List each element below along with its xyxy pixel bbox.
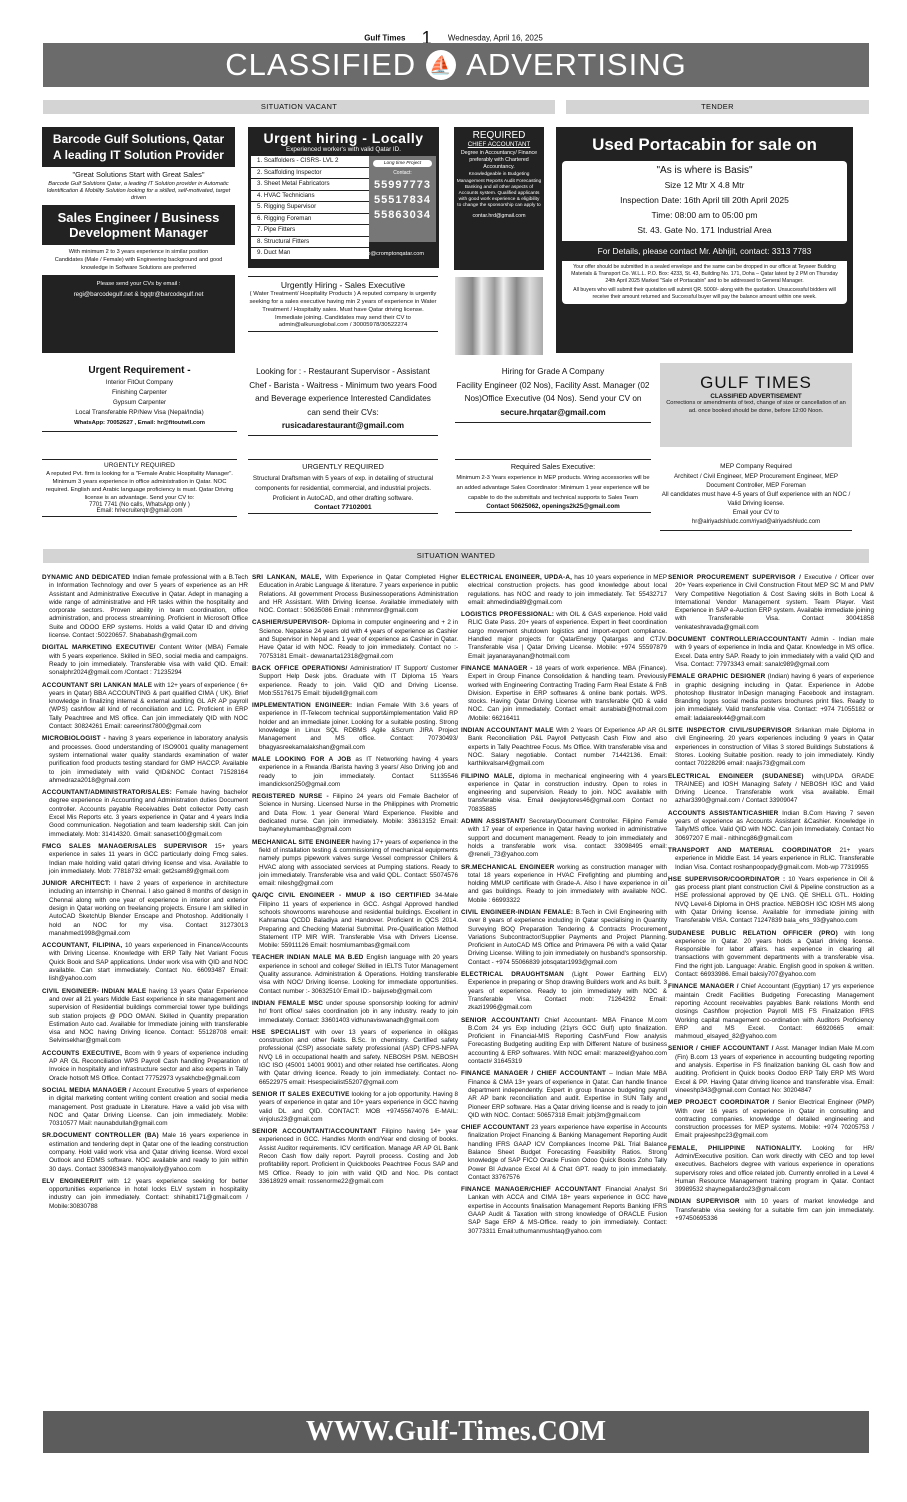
listing-heading: CHIEF ACCOUNTANT [461, 1124, 529, 1131]
listing-text: (Indian) having 6 years of experience in… [675, 673, 874, 721]
listing-heading: ADMIN ASSISTANT/ [461, 818, 525, 825]
classified-listing: ACCOUNTS ASSISTANT/CASHIER Indian B.Com … [668, 810, 874, 843]
ad-body: Minimum 2-3 Years experience in MEP prod… [455, 473, 651, 503]
ad-title: Hiring for Grade A Company [455, 365, 651, 379]
phone-number[interactable]: 55997773 [369, 179, 436, 191]
paper-name: Gulf Times [364, 34, 405, 43]
listing-heading: ELECTRICAL DRAUGHTSMAN [461, 971, 564, 978]
role-item: 4. HVAC Technicians [251, 191, 369, 203]
listing-text: 18 years of work experience. MBA (Financ… [468, 665, 667, 722]
classified-listing: FEMALE, PHILIPPINE NATIONALITY. Looking … [668, 1145, 874, 1195]
ad-cta: Email your CV to [660, 508, 852, 517]
listing-heading: CIVIL ENGINEER-INDIAN FEMALE: [461, 909, 573, 916]
section-situation-vacant: SITUATION VACANT [43, 100, 555, 114]
listing-heading: DOCUMENT CONTROLLER/ACCOUNTANT/ [668, 636, 807, 643]
listing-heading: FINANCE MANAGER - [461, 665, 533, 672]
ad-email[interactable]: secure.hrqatar@gmail.com [455, 406, 651, 420]
listing-heading: MICROBIOLOGIST - [42, 735, 106, 742]
listing-heading: SENIOR PROCUREMENT SUPERVISOR / [668, 574, 801, 581]
listing-heading: INDIAN FEMALE MSC [252, 1000, 323, 1007]
listing-text: having 3 years experience in laboratory … [49, 735, 248, 783]
ad-contact[interactable]: Contact 77102001 [248, 504, 438, 511]
ad-contact[interactable]: admin@alkurusglobal.com / 30005978/30522… [248, 322, 438, 328]
listing-heading: MALE LOOKING FOR A JOB [252, 756, 351, 763]
ad-size: Size 12 Mtr X 4.8 Mtr [562, 178, 847, 193]
ad-restaurant: Looking for : - Restaurant Supervisor - … [248, 365, 438, 436]
classified-listing: FINANCE MANAGER / Chief Accountant (Egyp… [668, 983, 874, 1041]
classified-listing: SENIOR ACCOUNTANT/ Chief Accountant- MBA… [461, 1017, 667, 1067]
ad-email[interactable]: hr@alriyadshludc.com/riyad@alriyadshludc… [660, 517, 852, 527]
wanted-column-4: SENIOR PROCUREMENT SUPERVISOR / Executiv… [668, 574, 874, 1227]
section-tender: TENDER [566, 100, 869, 114]
classified-listing: MECHANICAL SITE ENGINEER having 17+ year… [252, 839, 458, 889]
classified-listing: SITE INSPECTOR CIVIL/SUPERVISOR Srilanka… [668, 727, 874, 768]
ad-email[interactable]: regi@barcodegulf.net & bgqtr@barcodegulf… [45, 291, 232, 298]
listing-text: Filipino having 14+ year experienced in … [259, 1128, 458, 1185]
listing-heading: SENIOR / CHIEF ACCOUNTANT / [668, 1045, 774, 1052]
ad-body: Facility Engineer (02 Nos), Facility Ass… [455, 379, 651, 406]
ad-body: Knowledgeable in Budgeting Management Re… [456, 172, 542, 209]
phone-number[interactable]: 55863034 [369, 209, 436, 221]
classified-listing: JUNIOR ARCHITECT: I have 2 years of expe… [42, 880, 248, 938]
classified-listing: MEP PROJECT COORDINATOR / Senior Electri… [668, 1099, 874, 1140]
listing-heading: REGISTERED NURSE - [252, 793, 329, 800]
listing-heading: CASHIER/SUPERVISOR- [252, 619, 330, 626]
ad-title: URGENTLY REQUIRED [42, 462, 237, 469]
contact-label: Contact: [369, 170, 436, 176]
listing-heading: FINANCE MANAGER / CHIEF ACCOUNTANT [461, 1070, 606, 1077]
classified-listing: ELV ENGINEER/IT with 12 years experience… [42, 1178, 248, 1211]
listing-heading: INDIAN SUPERVISOR [668, 1198, 740, 1205]
classified-listing: SENIOR / CHIEF ACCOUNTANT / Asst. Manage… [668, 1045, 874, 1095]
classified-listing: TRANSPORT AND MATERIAL COORDINATOR 21+ y… [668, 847, 874, 872]
classified-listing: CASHIER/SUPERVISOR- Diploma in computer … [252, 619, 458, 660]
listing-text: I have 2 years of experience in architec… [49, 880, 248, 937]
wanted-column-2: SRI LANKAN, MALE, With Experience in Qat… [252, 574, 458, 1190]
listing-text: 34-Male Filipino 11 years of experience … [259, 892, 458, 949]
ad-gulf-times-notice: GULF TIMES CLASSIFIED ADVERTISEMENT Corr… [660, 363, 852, 447]
classified-listing: FINANCE MANAGER - 18 years of work exper… [461, 665, 667, 723]
banner-left-text: CLASSIFIED [225, 47, 416, 83]
classified-listing: MALE LOOKING FOR A JOB as IT Networking … [252, 756, 458, 789]
classified-listing: SUDANESE PUBLIC RELATION OFFICER (PRO) w… [668, 930, 874, 980]
classified-listing: QA/QC CIVIL ENGINEER - MMUP & ISO CERTIF… [252, 892, 458, 950]
ad-title: Required Sales Executive: [455, 462, 651, 471]
ad-cta: Please send your CVs by email : [45, 281, 232, 287]
classified-listing: ACCOUNTANT/ADMINISTRATOR/SALES: Female h… [42, 789, 248, 839]
classified-listing: ACCOUNTS EXECUTIVE, Bcom with 9 years of… [42, 1050, 248, 1083]
role-item: 1. Scaffolders - CISRS- LVL 2 [251, 156, 369, 168]
ad-body: Architect / Civil Engineer, MEP Procurem… [660, 472, 852, 490]
ad-terms: All buyers who will submit their quotati… [567, 287, 842, 301]
classified-listing: BACK OFFICE OPERATIONS/ Administration/ … [252, 665, 458, 698]
ad-subtitle: Experienced worker's with valid Qatar ID… [251, 146, 436, 153]
wanted-column-1: DYNAMIC AND DEDICATED Indian female prof… [42, 574, 248, 1215]
ad-body: Looking for : - Restaurant Supervisor - … [249, 367, 437, 417]
listing-heading: TRANSPORT AND MATERIAL COORDINATOR [668, 847, 832, 854]
ad-terms: Your offer should be submitted in a seal… [567, 264, 842, 285]
listing-heading: SITE INSPECTOR CIVIL/SUPERVISOR [668, 727, 792, 734]
listing-text: B.Tech in Civil Engineering with over 8 … [468, 909, 667, 966]
listing-text: 10 Years experience in Oil & gas process… [675, 876, 874, 924]
classified-listing: FMCG SALES MANAGER/SALES SUPERVISOR 15+ … [42, 843, 248, 876]
listing-heading: FINANCE MANAGER / [668, 983, 739, 990]
classified-listing: FINANCE MANAGER / CHIEF ACCOUNTANT – Ind… [461, 1070, 667, 1120]
ad-title: MEP Company Required [660, 463, 852, 470]
classified-listing: LOGISTICS PROFESSIONAL: with OIL & GAS e… [461, 611, 667, 661]
listing-heading: ELV ENGINEER/IT [42, 1178, 102, 1185]
ad-line: Finishing Carpenter [42, 388, 237, 398]
notice-subtitle: CLASSIFIED ADVERTISEMENT [660, 393, 852, 400]
ad-title: Urgently Hiring - Sales Executive [248, 280, 438, 290]
listing-heading: BACK OFFICE OPERATIONS/ [252, 665, 347, 672]
listing-heading: IMPLEMENTATION ENGINEER: [252, 702, 352, 709]
ad-title: Urgent hiring - Locally [251, 130, 436, 146]
classified-listing: CIVIL ENGINEER-INDIAN FEMALE: B.Tech in … [461, 909, 667, 967]
role-item: 9. Duct Man [251, 248, 323, 259]
classified-listing: SENIOR IT SALES EXECUTIVE looking for a … [252, 1091, 458, 1124]
classified-listing: IMPLEMENTATION ENGINEER: Indian Female W… [252, 702, 458, 752]
ad-grade-a-company: Hiring for Grade A Company Facility Engi… [455, 365, 651, 423]
ad-sales-executive-water: Urgently Hiring - Sales Executive ( Wate… [248, 276, 438, 332]
classified-listing: INDIAN FEMALE MSC under spouse sponsorsh… [252, 1000, 458, 1025]
classified-listing: SRI LANKAN, MALE, With Experience in Qat… [252, 574, 458, 615]
listing-heading: ACCOUNTS EXECUTIVE, [42, 1050, 122, 1057]
classified-listing: ELECTRICAL ENGINEER, UPDA-A, has 10 year… [461, 574, 667, 607]
classified-listing: CIVIL ENGINEER- INDIAN MALE having 13 ye… [42, 988, 248, 1046]
ad-portacabin-tender: Used Portacabin for sale on "As is where… [556, 127, 853, 353]
ad-body: A reputed Pvt. firm is looking for a "Fe… [42, 470, 237, 502]
classified-listing: DIGITAL MARKETING EXECUTIVE/ Content Wri… [42, 644, 248, 677]
listing-heading: SR.DOCUMENT CONTROLLER (BA) [42, 1132, 159, 1139]
notice-brand: GULF TIMES [660, 373, 852, 393]
contact-panel: Long time Project Contact: 55997773 5551… [369, 156, 436, 242]
listing-text: with OIL & GAS experience. Hold valid RL… [468, 611, 667, 659]
ad-line: Interior FitOut Company [42, 378, 237, 388]
listing-heading: JUNIOR ARCHITECT: [42, 880, 111, 887]
ad-title: REQUIRED [456, 130, 542, 141]
classified-listing: ACCOUNTANT SRI LANKAN MALE with 12+ year… [42, 682, 248, 732]
classified-listing: SOCIAL MEDIA MANAGER / Account Executive… [42, 1087, 248, 1128]
ad-title: URGENTLY REQUIRED [248, 462, 438, 471]
listing-heading: ELECTRICAL ENGINEER (SUDANESE) [668, 773, 804, 780]
listing-heading: ACCOUNTANT, FILIPINA, [42, 942, 122, 949]
ad-interior-fitout: Urgent Requirement - Interior FitOut Com… [42, 365, 237, 432]
listing-text: Financial Analyst Sri Lankan with ACCA a… [468, 1186, 667, 1234]
ad-tagline: "Great Solutions Start with Great Sales" [46, 170, 231, 179]
classified-listing: SENIOR PROCUREMENT SUPERVISOR / Executiv… [668, 574, 874, 632]
listing-heading: INDIAN ACCOUNTANT MALE [461, 727, 554, 734]
classified-listing: INDIAN ACCOUNTANT MALE With 2 Years Of E… [461, 727, 667, 768]
dhow-boat-icon: ⛵ [426, 50, 456, 80]
listing-heading: ACCOUNTS ASSISTANT/CASHIER [668, 810, 778, 817]
classified-listing: MICROBIOLOGIST - having 3 years experien… [42, 735, 248, 785]
listing-heading: SOCIAL MEDIA MANAGER / [42, 1087, 131, 1094]
listing-heading: FILIPINO MALE, [461, 773, 515, 780]
role-item: 5. Rigging Supervisor [251, 202, 369, 214]
listing-text: having 13 years Qatar Experience and ove… [49, 988, 248, 1045]
ad-urgent-hiring: Urgent hiring - Locally Experienced work… [248, 127, 439, 268]
ad-intro: Barcode Gulf Solutions Qatar, a leading … [46, 181, 231, 202]
ad-contact[interactable]: WhatsApp: 70052627 , Email: hr@fitoutwll… [42, 418, 237, 428]
classified-listing: HSE SUPERVISOR/COORDINATOR : 10 Years ex… [668, 876, 874, 926]
listing-heading: ELECTRICAL ENGINEER, UPDA-A, [461, 574, 572, 581]
classified-listing: ADMIN ASSISTANT/ Secretary/Document Cont… [461, 818, 667, 859]
ad-email[interactable]: Email: hrrecruiterqtr@gmail.com [42, 508, 237, 514]
listing-heading: FEMALE, PHILIPPINE NATIONALITY. [668, 1145, 802, 1152]
listing-heading: SENIOR ACCOUNTANT/ACCOUNTANT [252, 1128, 377, 1135]
listing-heading: HSE SPECIALIST [252, 1029, 310, 1036]
role-item: 3. Sheet Metal Fabricators [251, 179, 369, 191]
ad-body: ( Water Treatment/ Hospitality Products … [248, 290, 438, 322]
ad-location: St. 43. Gate No. 171 Industrial Area [562, 223, 847, 238]
listing-heading: MEP PROJECT COORDINATOR / [668, 1099, 775, 1106]
role-item: 6. Rigging Foreman [251, 214, 369, 226]
badge: Long time Project [373, 160, 432, 167]
issue-date: Wednesday, April 16, 2025 [448, 34, 543, 43]
classified-listing: SENIOR ACCOUNTANT/ACCOUNTANT Filipino ha… [252, 1128, 458, 1186]
ad-structural-draftsman: URGENTLY REQUIRED Structural Draftsman w… [248, 459, 438, 514]
listing-heading: SR.MECHANICAL ENGINEER [461, 864, 554, 871]
listing-heading: SUDANESE PUBLIC RELATION OFFICER (PRO) [668, 930, 838, 937]
ad-body: Structural Draftsman with 5 years of exp… [248, 474, 438, 504]
role-item: 8. Structural Fitters [251, 237, 369, 249]
listing-text: Indian Female With 3.6 years of experien… [259, 702, 458, 750]
section-situation-wanted: SITUATION WANTED [43, 549, 869, 563]
listing-heading: TEACHER INDIAN MALE MA B.ED [252, 954, 364, 961]
ad-role: Sales Engineer / Business Development Ma… [45, 205, 232, 245]
ad-time: Time: 08:00 am to 05:00 pm [562, 208, 847, 223]
ad-title: Barcode Gulf Solutions, Qatar [45, 131, 232, 147]
ad-barcode-gulf: Barcode Gulf Solutions, Qatar A leading … [42, 127, 235, 353]
listing-text: with over 13 years of experience in oil&… [259, 1029, 458, 1086]
ad-contact[interactable]: For Details, please contact Mr. Abhijit,… [556, 241, 853, 261]
ad-basis: "As is where is Basis" [562, 164, 847, 178]
ad-requirement: With minimum 2 to 3 years experience in … [45, 248, 232, 256]
classified-listing: SR.MECHANICAL ENGINEER working as constr… [461, 864, 667, 905]
listing-text: Female having bachelor degree experience… [49, 789, 248, 837]
listing-heading: SENIOR IT SALES EXECUTIVE [252, 1091, 350, 1098]
ad-requirement: All candidates must have 4-5 years of Gu… [660, 490, 852, 508]
listing-heading: SENIOR ACCOUNTANT/ [461, 1017, 540, 1024]
listing-heading: MECHANICAL SITE ENGINEER [252, 839, 350, 846]
classified-listing: DYNAMIC AND DEDICATED Indian female prof… [42, 574, 248, 640]
classified-listing: DOCUMENT CONTROLLER/ACCOUNTANT/ Admin - … [668, 636, 874, 669]
ad-line: Gypsum Carpenter [42, 398, 237, 408]
ad-body: Degree in Accountancy/ Finance preferabl… [456, 150, 542, 170]
listing-text: Indian female professional with a B.Tech… [49, 574, 248, 639]
notice-text: Corrections or amendments of text, chang… [660, 400, 852, 415]
ad-contact[interactable]: Contact 50625062, openings2k25@gmail.com [455, 503, 651, 510]
listing-heading: DIGITAL MARKETING EXECUTIVE/ [42, 644, 156, 651]
listing-heading: FINANCE MANAGER/CHIEF ACCOUNTANT [461, 1186, 601, 1193]
listing-heading: DYNAMIC AND DEDICATED [42, 574, 130, 581]
decorative-gradient-image [455, 277, 543, 355]
classified-listing: CHIEF ACCOUNTANT 23 years experience hav… [461, 1124, 667, 1182]
website-footer[interactable]: WWW.Gulf-Times.COM [43, 1411, 869, 1453]
ad-email[interactable]: rusicadarestaurant@gmail.com [282, 421, 404, 430]
ad-title: Used Portacabin for sale on [556, 127, 853, 161]
classified-listing: SR.DOCUMENT CONTROLLER (BA) Male 16 year… [42, 1132, 248, 1173]
classified-listing: ACCOUNTANT, FILIPINA, 10 years experienc… [42, 942, 248, 983]
banner-right-text: ADVERTISING [466, 47, 687, 83]
listing-text: Asst. Manager Indian Male M.com (Fin) B.… [675, 1045, 874, 1093]
ad-requirement: Candidates (Male / Female) with Engineer… [45, 256, 232, 272]
listing-text: Executive / Officer over 20+ Years exper… [675, 574, 874, 631]
classified-listing: HSE SPECIALIST with over 13 years of exp… [252, 1029, 458, 1087]
ad-inspection: Inspection Date: 16th April till 20th Ap… [562, 193, 847, 208]
listing-heading: SRI LANKAN, MALE, [252, 574, 322, 581]
ad-mep-company: MEP Company Required Architect / Civil E… [660, 459, 852, 531]
listing-text: 23 years experience have expertise in Ac… [468, 1124, 667, 1181]
classified-listing: REGISTERED NURSE - Filipino 24 years old… [252, 793, 458, 834]
listing-heading: ACCOUNTANT/ADMINISTRATOR/SALES: [42, 789, 172, 796]
classified-listing: FINANCE MANAGER/CHIEF ACCOUNTANT Financi… [461, 1186, 667, 1236]
ad-chief-accountant: REQUIRED CHIEF ACCOUNTANT Degree in Acco… [454, 127, 544, 270]
listing-heading: QA/QC CIVIL ENGINEER - MMUP & ISO CERTIF… [252, 892, 431, 899]
ad-arabic-hospitality-manager: URGENTLY REQUIRED A reputed Pvt. firm is… [42, 459, 237, 517]
classified-listing: FEMALE GRAPHIC DESIGNER (Indian) having … [668, 673, 874, 723]
ad-line: Local Transferable RP/New Visa (Nepal/In… [42, 408, 237, 418]
ad-title: Urgent Requirement - [42, 365, 237, 376]
listing-heading: LOGISTICS PROFESSIONAL: [461, 611, 554, 618]
role-item: 7. Pipe Fitters [251, 225, 369, 237]
classified-listing: INDIAN SUPERVISOR with 10 years of marke… [668, 1198, 874, 1223]
listing-heading: CIVIL ENGINEER- INDIAN MALE [42, 988, 146, 995]
classified-listing: FILIPINO MALE, diploma in mechanical eng… [461, 773, 667, 814]
ad-email[interactable]: contar.hrd@gmail.com [456, 213, 542, 219]
listing-heading: FEMALE GRAPHIC DESIGNER [668, 673, 765, 680]
classified-listing: TEACHER INDIAN MALE MA B.ED English lang… [252, 954, 458, 995]
listing-heading: FMCG SALES MANAGER/SALES SUPERVISOR [42, 843, 207, 850]
classified-banner: CLASSIFIED ⛵ ADVERTISING [43, 43, 869, 87]
listing-text: – Indian Male MBA Finance & CMA 13+ year… [468, 1070, 667, 1118]
listing-text: Chief Accountant (Egyptian) 17 yrs exper… [675, 983, 874, 1040]
ad-subtitle: CHIEF ACCOUNTANT [456, 141, 542, 148]
wanted-column-3: ELECTRICAL ENGINEER, UPDA-A, has 10 year… [461, 574, 667, 1240]
phone-number[interactable]: 55517834 [369, 194, 436, 206]
classified-listing: ELECTRICAL ENGINEER (SUDANESE) with(UPDA… [668, 773, 874, 806]
ad-title: A leading IT Solution Provider [45, 147, 232, 163]
role-list: 1. Scaffolders - CISRS- LVL 2 2. Scaffol… [251, 156, 369, 259]
listing-heading: ACCOUNTANT SRI LANKAN MALE [42, 682, 152, 689]
ad-mep-sales-executive: Required Sales Executive: Minimum 2-3 Ye… [455, 459, 651, 513]
classified-listing: ELECTRICAL DRAUGHTSMAN (Light Power Eart… [461, 971, 667, 1012]
role-item: 2. Scaffolding Inspector [251, 168, 369, 180]
listing-heading: HSE SUPERVISOR/COORDINATOR : [668, 876, 785, 883]
